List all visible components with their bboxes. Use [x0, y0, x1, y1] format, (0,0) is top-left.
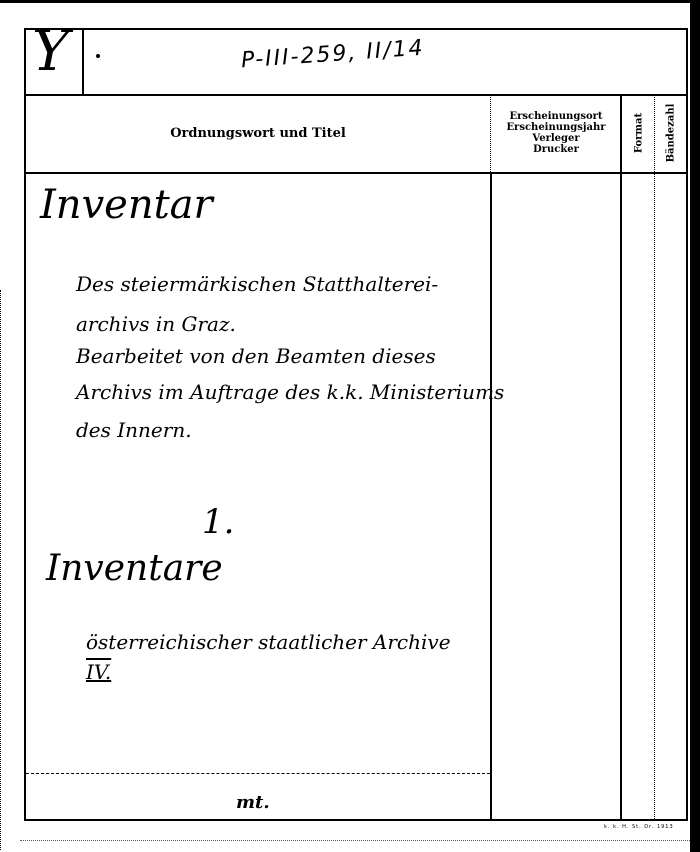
- signature-box: Y: [26, 30, 84, 94]
- entry-heading: Inventar: [40, 182, 213, 228]
- signature-letter: Y: [32, 24, 69, 80]
- publication-column: [490, 172, 622, 819]
- entry-number: 1.: [202, 502, 234, 542]
- shelfmark: P-III-259, II/14: [240, 36, 425, 74]
- publication-label-year: Erscheinungsjahr: [506, 122, 605, 133]
- title-column: Inventar Des steiermärkischen Statthalte…: [26, 172, 490, 819]
- entry-line-1: Des steiermärkischen Statthalterei-: [76, 272, 438, 296]
- column-header-volumes: Bändezahl: [654, 94, 687, 172]
- column-header-publication: Erscheinungsort Erscheinungsjahr Verlege…: [490, 94, 621, 172]
- catalog-card: Y P-III-259, II/14 Ordnungswort und Tite…: [24, 28, 688, 821]
- series-volume: IV.: [86, 660, 111, 684]
- entry-line-3: Bearbeitet von den Beamten dieses: [76, 344, 436, 368]
- scan-border-bottom: [20, 840, 690, 841]
- entry-line-5: des Innern.: [76, 418, 192, 442]
- volumes-column: [654, 172, 687, 819]
- series-line: österreichischer staatlicher Archive: [86, 630, 451, 654]
- entry-line-4: Archivs im Auftrage des k.k. Ministerium…: [76, 380, 504, 404]
- format-column: [620, 172, 656, 819]
- scan-border-top: [0, 0, 700, 3]
- column-header-title: Ordnungswort und Titel: [26, 94, 490, 172]
- publication-label-printer: Drucker: [533, 144, 579, 155]
- footer-divider: [26, 773, 490, 774]
- card-body: Inventar Des steiermärkischen Statthalte…: [26, 172, 686, 819]
- card-header-row: Y P-III-259, II/14: [26, 30, 686, 96]
- entry-line-2: archivs in Graz.: [76, 312, 236, 336]
- footer-initials: mt.: [236, 792, 270, 813]
- column-headers: Ordnungswort und Titel Erscheinungsort E…: [26, 94, 686, 174]
- scan-border-left: [0, 290, 3, 850]
- column-header-format: Format: [620, 94, 656, 172]
- volumes-label: Bändezahl: [666, 104, 677, 163]
- series-heading: Inventare: [46, 548, 223, 589]
- ink-dot: [96, 54, 100, 58]
- publication-label-place: Erscheinungsort: [509, 111, 602, 122]
- printer-mark: k. k. H. St. Dr. 1913: [604, 824, 674, 830]
- scan-border-right: [690, 0, 700, 852]
- format-label: Format: [634, 113, 645, 153]
- publication-label-publisher: Verleger: [532, 133, 579, 144]
